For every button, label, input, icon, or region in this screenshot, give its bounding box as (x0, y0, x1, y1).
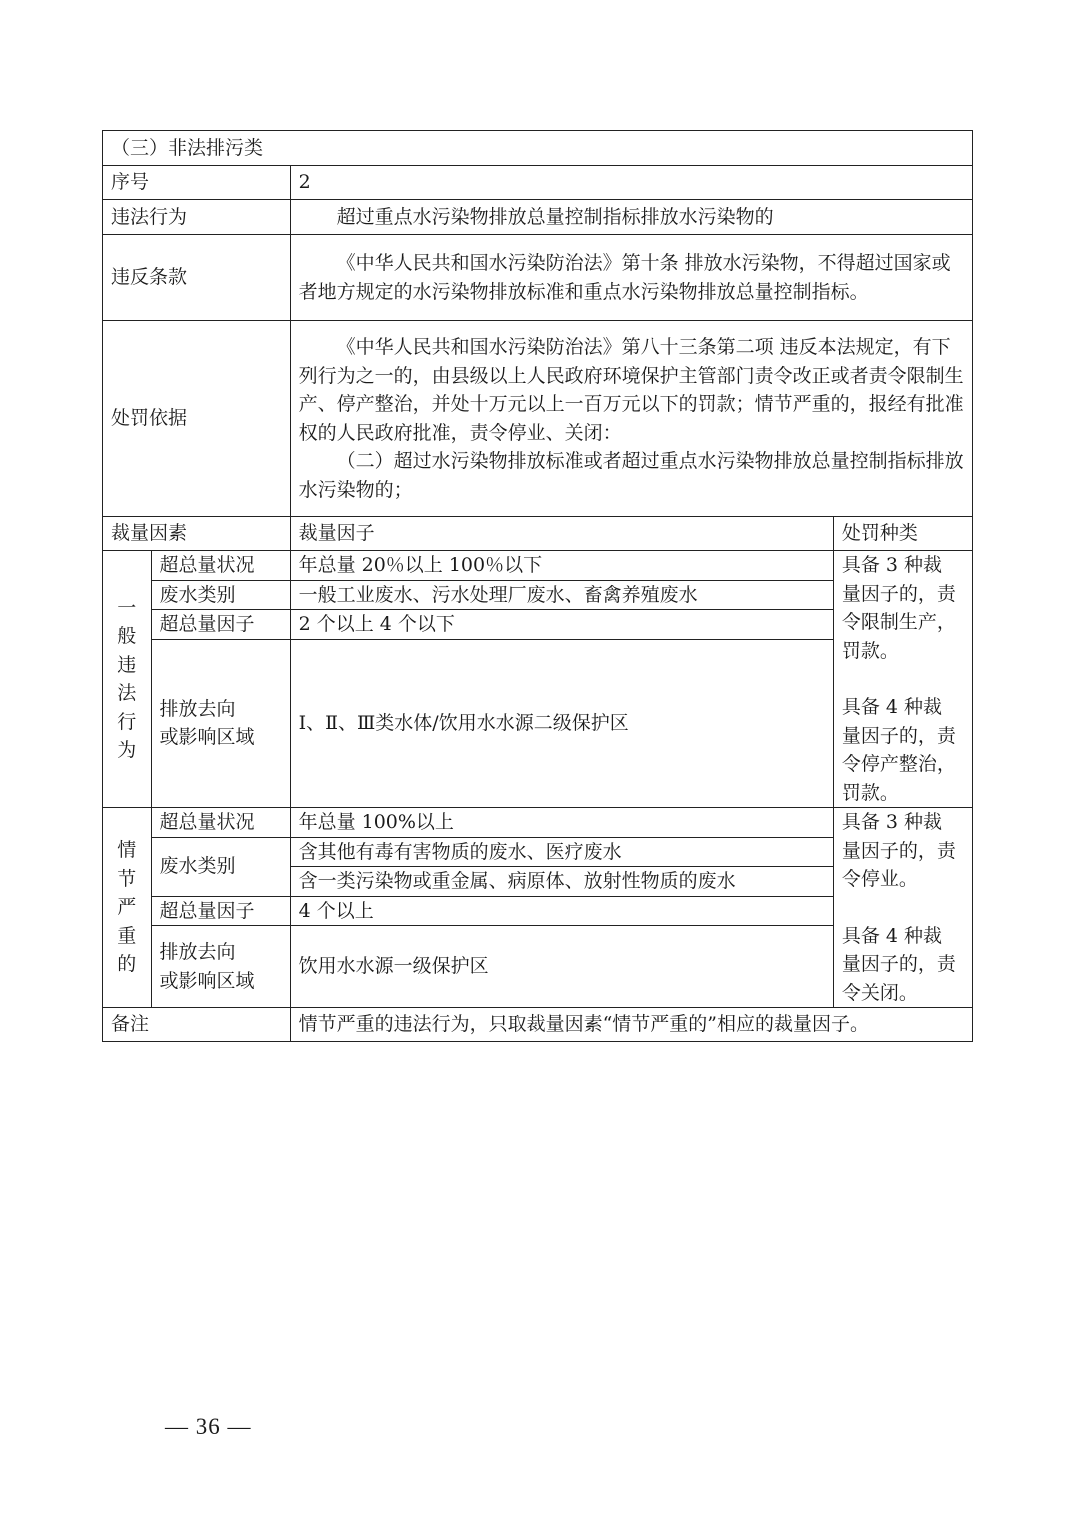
violation-value: 超过重点水污染物排放总量控制指标排放水污染物的 (290, 200, 972, 235)
violated-clause-row: 违反条款 《中华人民共和国水污染防治法》第十条 排放水污染物，不得超过国家或者地… (103, 235, 973, 321)
general-row: 一般违法行为 超总量状况 年总量 20％以上 100％以下 具备 3 种裁量因子… (103, 551, 973, 581)
remark-value: 情节严重的违法行为，只取裁量因素“情节严重的”相应的裁量因子。 (290, 1008, 972, 1042)
serious-element: 超总量状况 (151, 808, 290, 838)
general-element: 超总量因子 (151, 610, 290, 640)
general-factor: 一般工业废水、污水处理厂废水、畜禽养殖废水 (290, 580, 833, 610)
header-factor: 裁量因子 (290, 517, 833, 551)
serious-element: 废水类别 (151, 837, 290, 896)
general-element: 超总量状况 (151, 551, 290, 581)
serious-factor: 含一类污染物或重金属、病原体、放射性物质的废水 (290, 867, 833, 897)
penalty-basis-label: 处罚依据 (103, 321, 291, 517)
general-factor: 年总量 20％以上 100％以下 (290, 551, 833, 581)
violated-clause-value: 《中华人民共和国水污染防治法》第十条 排放水污染物，不得超过国家或者地方规定的水… (290, 235, 972, 321)
serial-label: 序号 (103, 166, 291, 200)
penalty-basis-paragraph-1: 《中华人民共和国水污染防治法》第八十三条第二项 违反本法规定，有下列行为之一的，… (299, 333, 964, 447)
serious-factor: 饮用水水源一级保护区 (290, 926, 833, 1008)
section-title: （三）非法排污类 (103, 131, 973, 166)
header-factor-element: 裁量因素 (103, 517, 291, 551)
remark-label: 备注 (103, 1008, 291, 1042)
penalty-basis-row: 处罚依据 《中华人民共和国水污染防治法》第八十三条第二项 违反本法规定，有下列行… (103, 321, 973, 517)
serious-factor: 年总量 100%以上 (290, 808, 833, 838)
factor-header-row: 裁量因素 裁量因子 处罚种类 (103, 517, 973, 551)
serious-element: 排放去向或影响区域 (151, 926, 290, 1008)
header-penalty-type: 处罚种类 (833, 517, 972, 551)
serious-factor: 4 个以上 (290, 896, 833, 926)
general-element: 废水类别 (151, 580, 290, 610)
section-title-row: （三）非法排污类 (103, 131, 973, 166)
serious-factor: 含其他有毒有害物质的废水、医疗废水 (290, 837, 833, 867)
penalty-basis-value: 《中华人民共和国水污染防治法》第八十三条第二项 违反本法规定，有下列行为之一的，… (290, 321, 972, 517)
serious-element: 超总量因子 (151, 896, 290, 926)
penalty-table: （三）非法排污类 序号 2 违法行为 超过重点水污染物排放总量控制指标排放水污染… (102, 130, 973, 1042)
penalty-basis-paragraph-2: （二）超过水污染物排放标准或者超过重点水污染物排放总量控制指标排放水污染物的； (299, 447, 964, 504)
violated-clause-label: 违反条款 (103, 235, 291, 321)
serious-group-label: 情节严重的 (103, 808, 152, 1008)
serial-value: 2 (290, 166, 972, 200)
serious-row: 情节严重的 超总量状况 年总量 100%以上 具备 3 种裁量因子的，责令停业。… (103, 808, 973, 838)
general-element: 排放去向或影响区域 (151, 639, 290, 807)
violation-row: 违法行为 超过重点水污染物排放总量控制指标排放水污染物的 (103, 200, 973, 235)
general-penalty: 具备 3 种裁量因子的，责令限制生产，罚款。 具备 4 种裁量因子的，责令停产整… (833, 551, 972, 808)
serial-row: 序号 2 (103, 166, 973, 200)
general-group-label: 一般违法行为 (103, 551, 152, 808)
serious-penalty: 具备 3 种裁量因子的，责令停业。 具备 4 种裁量因子的，责令关闭。 (833, 808, 972, 1008)
general-factor: 2 个以上 4 个以下 (290, 610, 833, 640)
remark-row: 备注 情节严重的违法行为，只取裁量因素“情节严重的”相应的裁量因子。 (103, 1008, 973, 1042)
general-factor: Ⅰ、Ⅱ、Ⅲ类水体/饮用水水源二级保护区 (290, 639, 833, 807)
violation-label: 违法行为 (103, 200, 291, 235)
page-number: — 36 — (165, 1414, 252, 1440)
